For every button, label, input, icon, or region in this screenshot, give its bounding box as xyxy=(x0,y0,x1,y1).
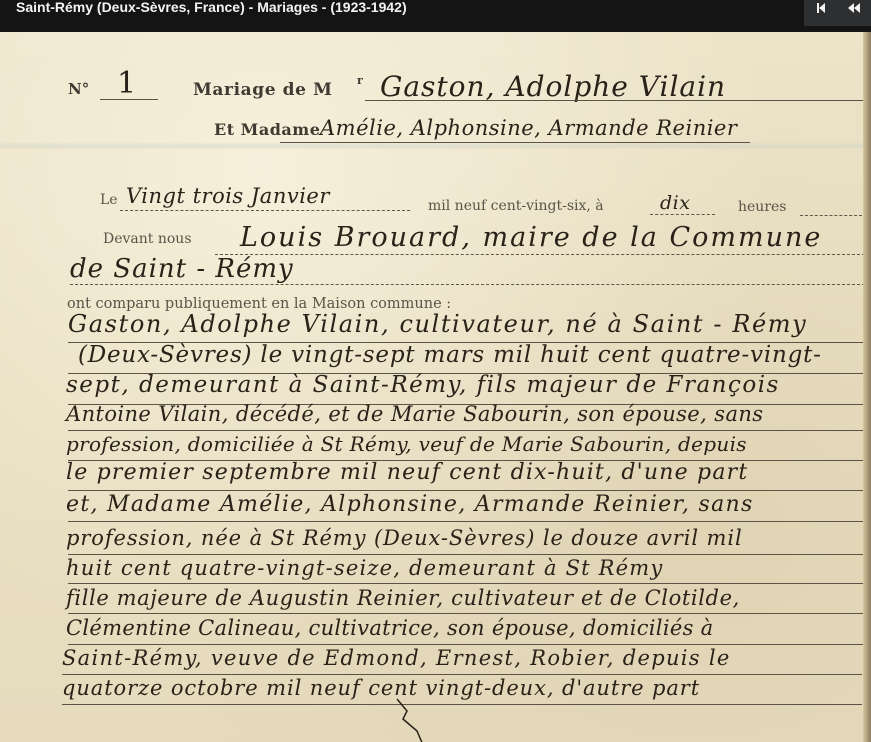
date-label: Le xyxy=(100,192,118,208)
date-value: Vingt trois Janvier xyxy=(126,184,330,208)
body-rule xyxy=(62,674,862,675)
hours-label: heures xyxy=(738,199,786,215)
hour-value: dix xyxy=(660,192,690,214)
groom-name: Gaston, Adolphe Vilain xyxy=(380,70,726,103)
hour-rule xyxy=(650,214,715,215)
before-label: Devant nous xyxy=(103,231,192,247)
body-line: Saint-Rémy, veuve de Edmond, Ernest, Rob… xyxy=(62,646,731,670)
body-rule xyxy=(68,554,863,555)
bride-name: Amélie, Alphonsine, Armande Reinier xyxy=(320,116,737,140)
body-rule xyxy=(68,521,863,522)
document-viewer: Saint-Rémy (Deux-Sèvres, France) - Maria… xyxy=(0,0,871,742)
officer-rule-1 xyxy=(215,254,865,255)
rewind-icon xyxy=(847,2,861,14)
year-label: mil neuf cent-vingt-six, à xyxy=(428,198,604,214)
body-rule xyxy=(68,644,863,645)
hours-rule xyxy=(800,215,862,216)
body-line: (Deux-Sèvres) le vingt-sept mars mil hui… xyxy=(78,342,822,368)
marriage-label: Mariage de M xyxy=(193,80,333,100)
title-bar: Saint-Rémy (Deux-Sèvres, France) - Maria… xyxy=(0,0,871,32)
and-madame-label: Et Madame xyxy=(214,120,320,139)
body-line: sept, demeurant à Saint-Rémy, fils majeu… xyxy=(66,372,780,398)
number-rule xyxy=(100,99,158,100)
body-rule xyxy=(68,583,863,584)
number-label: N° xyxy=(68,80,89,98)
body-rule xyxy=(68,490,863,491)
body-line: et, Madame Amélie, Alphonsine, Armande R… xyxy=(66,492,754,517)
body-line: le premier septembre mil neuf cent dix-h… xyxy=(66,460,748,485)
page-fold-shadow xyxy=(0,142,871,150)
page-navigation xyxy=(804,0,871,26)
window-title: Saint-Rémy (Deux-Sèvres, France) - Maria… xyxy=(16,0,407,14)
register-page-image: N° 1 Mariage de M r Gaston, Adolphe Vila… xyxy=(0,32,871,742)
body-line: fille majeure de Augustin Reinier, culti… xyxy=(66,586,740,610)
body-line: Clémentine Calineau, cultivatrice, son é… xyxy=(66,616,713,640)
officer-rule-2 xyxy=(70,284,865,285)
first-page-button[interactable] xyxy=(809,0,833,16)
date-rule xyxy=(120,210,410,211)
body-line: quatorze octobre mil neuf cent vingt-deu… xyxy=(62,676,700,700)
body-line: huit cent quatre-vingt-seize, demeurant … xyxy=(66,556,664,580)
skip-to-first-icon xyxy=(815,2,827,14)
groom-rule xyxy=(365,100,865,101)
previous-page-button[interactable] xyxy=(842,0,866,16)
page-binding-edge xyxy=(863,32,871,742)
body-rule xyxy=(68,613,863,614)
body-line: Antoine Vilain, décédé, et de Marie Sabo… xyxy=(66,402,763,426)
closing-flourish-mark xyxy=(395,697,435,742)
act-number: 1 xyxy=(117,66,137,101)
marriage-superscript: r xyxy=(357,74,363,87)
bride-rule xyxy=(280,142,750,143)
body-rule xyxy=(68,430,863,431)
body-line: profession, domiciliée à St Rémy, veuf d… xyxy=(66,432,747,456)
officer-line-1: Louis Brouard, maire de la Commune xyxy=(240,222,822,253)
body-rule xyxy=(62,704,862,705)
officer-line-2: de Saint - Rémy xyxy=(70,254,294,284)
body-line: Gaston, Adolphe Vilain, cultivateur, né … xyxy=(68,310,807,338)
body-line: profession, née à St Rémy (Deux-Sèvres) … xyxy=(66,526,743,550)
